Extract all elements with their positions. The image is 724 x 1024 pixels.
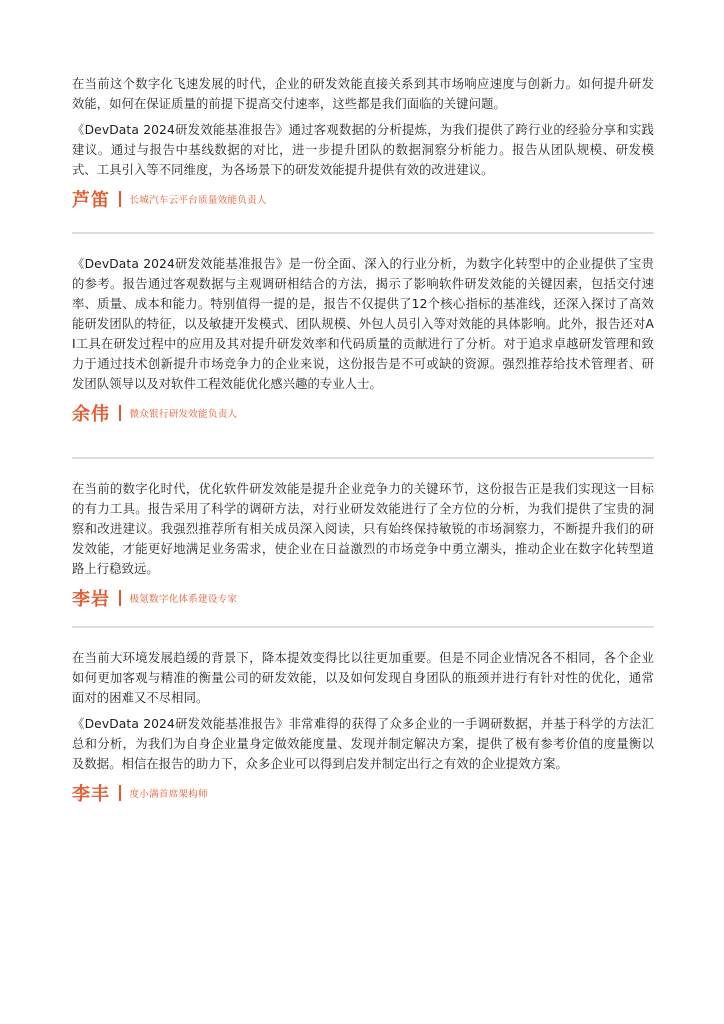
signature: 李岩 极氪数字化体系建设专家 — [72, 585, 654, 611]
signature: 余伟 微众银行研发效能负责人 — [72, 400, 654, 426]
signature: 李丰 度小满首席架构师 — [72, 780, 654, 806]
testimonial-paragraph: 在当前这个数字化飞速发展的时代，企业的研发效能直接关系到其市场响应速度与创新力。… — [72, 74, 654, 114]
testimonial-paragraph: 《DevData 2024研发效能基准报告》是一份全面、深入的行业分析，为数字化… — [72, 254, 654, 394]
author-title: 度小满首席架构师 — [130, 786, 208, 800]
separator-bar — [119, 191, 121, 207]
testimonial-3: 在当前的数字化时代，优化软件研发效能是提升企业竞争力的关键环节，这份报告正是我们… — [72, 459, 654, 626]
author-name: 李岩 — [72, 585, 110, 611]
testimonial-4: 在当前大环境发展趋缓的背景下，降本提效变得比以往更加重要。但是不同企业情况各不相… — [72, 628, 654, 806]
author-title: 微众银行研发效能负责人 — [130, 406, 238, 420]
author-title: 长城汽车云平台质量效能负责人 — [130, 192, 267, 206]
separator-bar — [119, 785, 121, 801]
testimonial-paragraph: 《DevData 2024研发效能基准报告》通过客观数据的分析提炼，为我们提供了… — [72, 120, 654, 180]
author-name: 李丰 — [72, 780, 110, 806]
testimonial-paragraph: 在当前大环境发展趋缓的背景下，降本提效变得比以往更加重要。但是不同企业情况各不相… — [72, 648, 654, 708]
testimonial-1: 在当前这个数字化飞速发展的时代，企业的研发效能直接关系到其市场响应速度与创新力。… — [72, 74, 654, 232]
testimonial-page: 在当前这个数字化飞速发展的时代，企业的研发效能直接关系到其市场响应速度与创新力。… — [72, 74, 654, 806]
separator-bar — [119, 405, 121, 421]
testimonial-paragraph: 在当前的数字化时代，优化软件研发效能是提升企业竞争力的关键环节，这份报告正是我们… — [72, 479, 654, 579]
testimonial-2: 《DevData 2024研发效能基准报告》是一份全面、深入的行业分析，为数字化… — [72, 234, 654, 457]
testimonial-paragraph: 《DevData 2024研发效能基准报告》非常难得的获得了众多企业的一手调研数… — [72, 714, 654, 774]
author-name: 余伟 — [72, 400, 110, 426]
author-title: 极氪数字化体系建设专家 — [130, 591, 238, 605]
separator-bar — [119, 590, 121, 606]
signature: 芦笛 长城汽车云平台质量效能负责人 — [72, 186, 654, 212]
author-name: 芦笛 — [72, 186, 110, 212]
